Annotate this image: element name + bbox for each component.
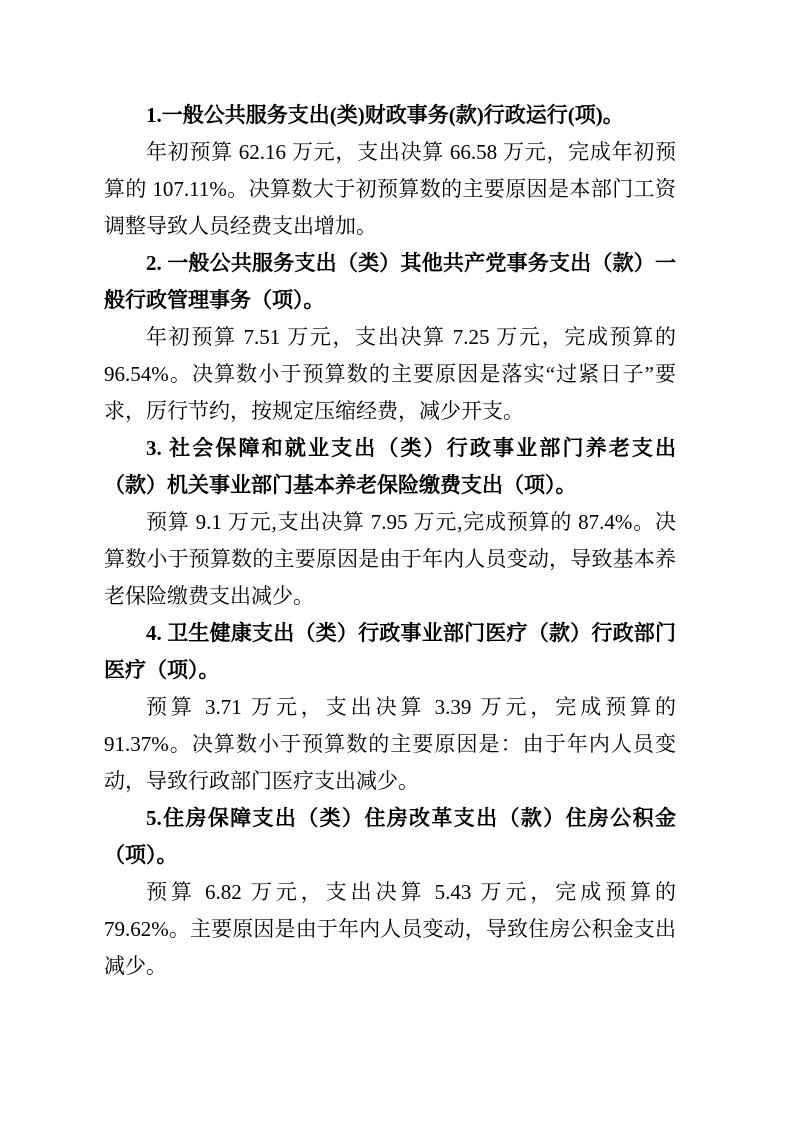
section-paragraph: 预算 6.82 万元，支出决算 5.43 万元，完成预算的 79.62%。主要原… — [104, 874, 676, 985]
document-page: 1.一般公共服务支出(类)财政事务(款)行政运行(项)。 年初预算 62.16 … — [0, 0, 793, 1122]
document-body: 1.一般公共服务支出(类)财政事务(款)行政运行(项)。 年初预算 62.16 … — [104, 97, 676, 985]
section-heading: 2. 一般公共服务支出（类）其他共产党事务支出（款）一般行政管理事务（项）。 — [104, 245, 676, 319]
section-paragraph: 年初预算 7.51 万元，支出决算 7.25 万元，完成预算的 96.54%。决… — [104, 319, 676, 430]
section-3: 3. 社会保障和就业支出（类）行政事业部门养老支出（款）机关事业部门基本养老保险… — [104, 430, 676, 615]
section-paragraph: 预算 9.1 万元,支出决算 7.95 万元,完成预算的 87.4%。决算数小于… — [104, 504, 676, 615]
section-heading: 3. 社会保障和就业支出（类）行政事业部门养老支出（款）机关事业部门基本养老保险… — [104, 430, 676, 504]
section-1: 1.一般公共服务支出(类)财政事务(款)行政运行(项)。 年初预算 62.16 … — [104, 97, 676, 245]
section-2: 2. 一般公共服务支出（类）其他共产党事务支出（款）一般行政管理事务（项）。 年… — [104, 245, 676, 430]
section-paragraph: 年初预算 62.16 万元，支出决算 66.58 万元，完成年初预算的 107.… — [104, 134, 676, 245]
section-heading: 4. 卫生健康支出（类）行政事业部门医疗（款）行政部门医疗（项）。 — [104, 615, 676, 689]
section-4: 4. 卫生健康支出（类）行政事业部门医疗（款）行政部门医疗（项）。 预算 3.7… — [104, 615, 676, 800]
section-paragraph: 预算 3.71 万元，支出决算 3.39 万元，完成预算的 91.37%。决算数… — [104, 689, 676, 800]
section-5: 5.住房保障支出（类）住房改革支出（款）住房公积金（项）。 预算 6.82 万元… — [104, 800, 676, 985]
section-heading: 1.一般公共服务支出(类)财政事务(款)行政运行(项)。 — [104, 97, 676, 134]
section-heading: 5.住房保障支出（类）住房改革支出（款）住房公积金（项）。 — [104, 800, 676, 874]
